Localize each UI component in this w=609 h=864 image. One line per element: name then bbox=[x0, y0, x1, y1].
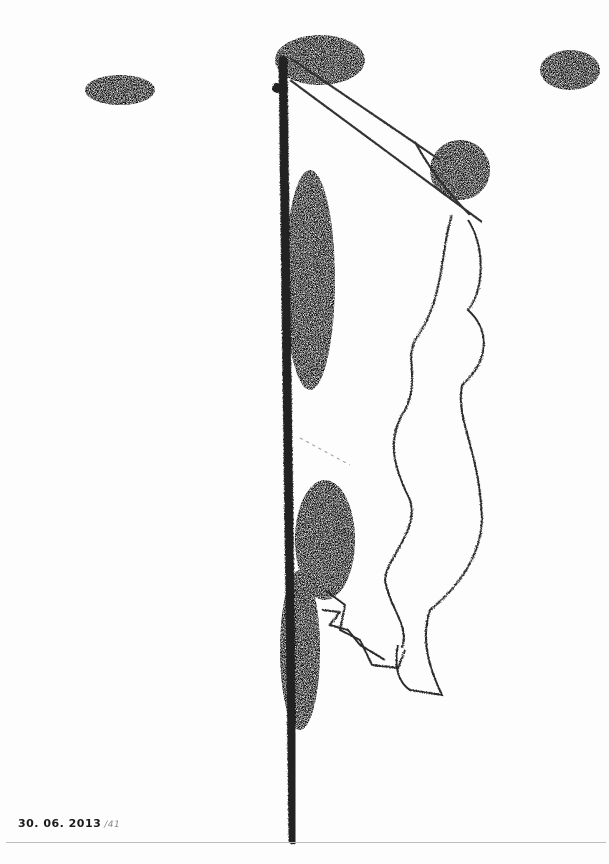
flag-outline bbox=[322, 215, 484, 695]
flag-drawing bbox=[0, 0, 609, 864]
faint-guide-line bbox=[300, 438, 350, 465]
charcoal-smudges bbox=[85, 35, 600, 730]
paper-sheet: 30. 06. 2013/41 bbox=[0, 0, 609, 864]
stamp-note: /41 bbox=[104, 820, 120, 830]
stamp-date: 30. 06. 2013 bbox=[18, 817, 101, 830]
scan-edge bbox=[6, 842, 606, 843]
flag-pole bbox=[272, 60, 293, 840]
date-stamp: 30. 06. 2013/41 bbox=[18, 817, 120, 830]
